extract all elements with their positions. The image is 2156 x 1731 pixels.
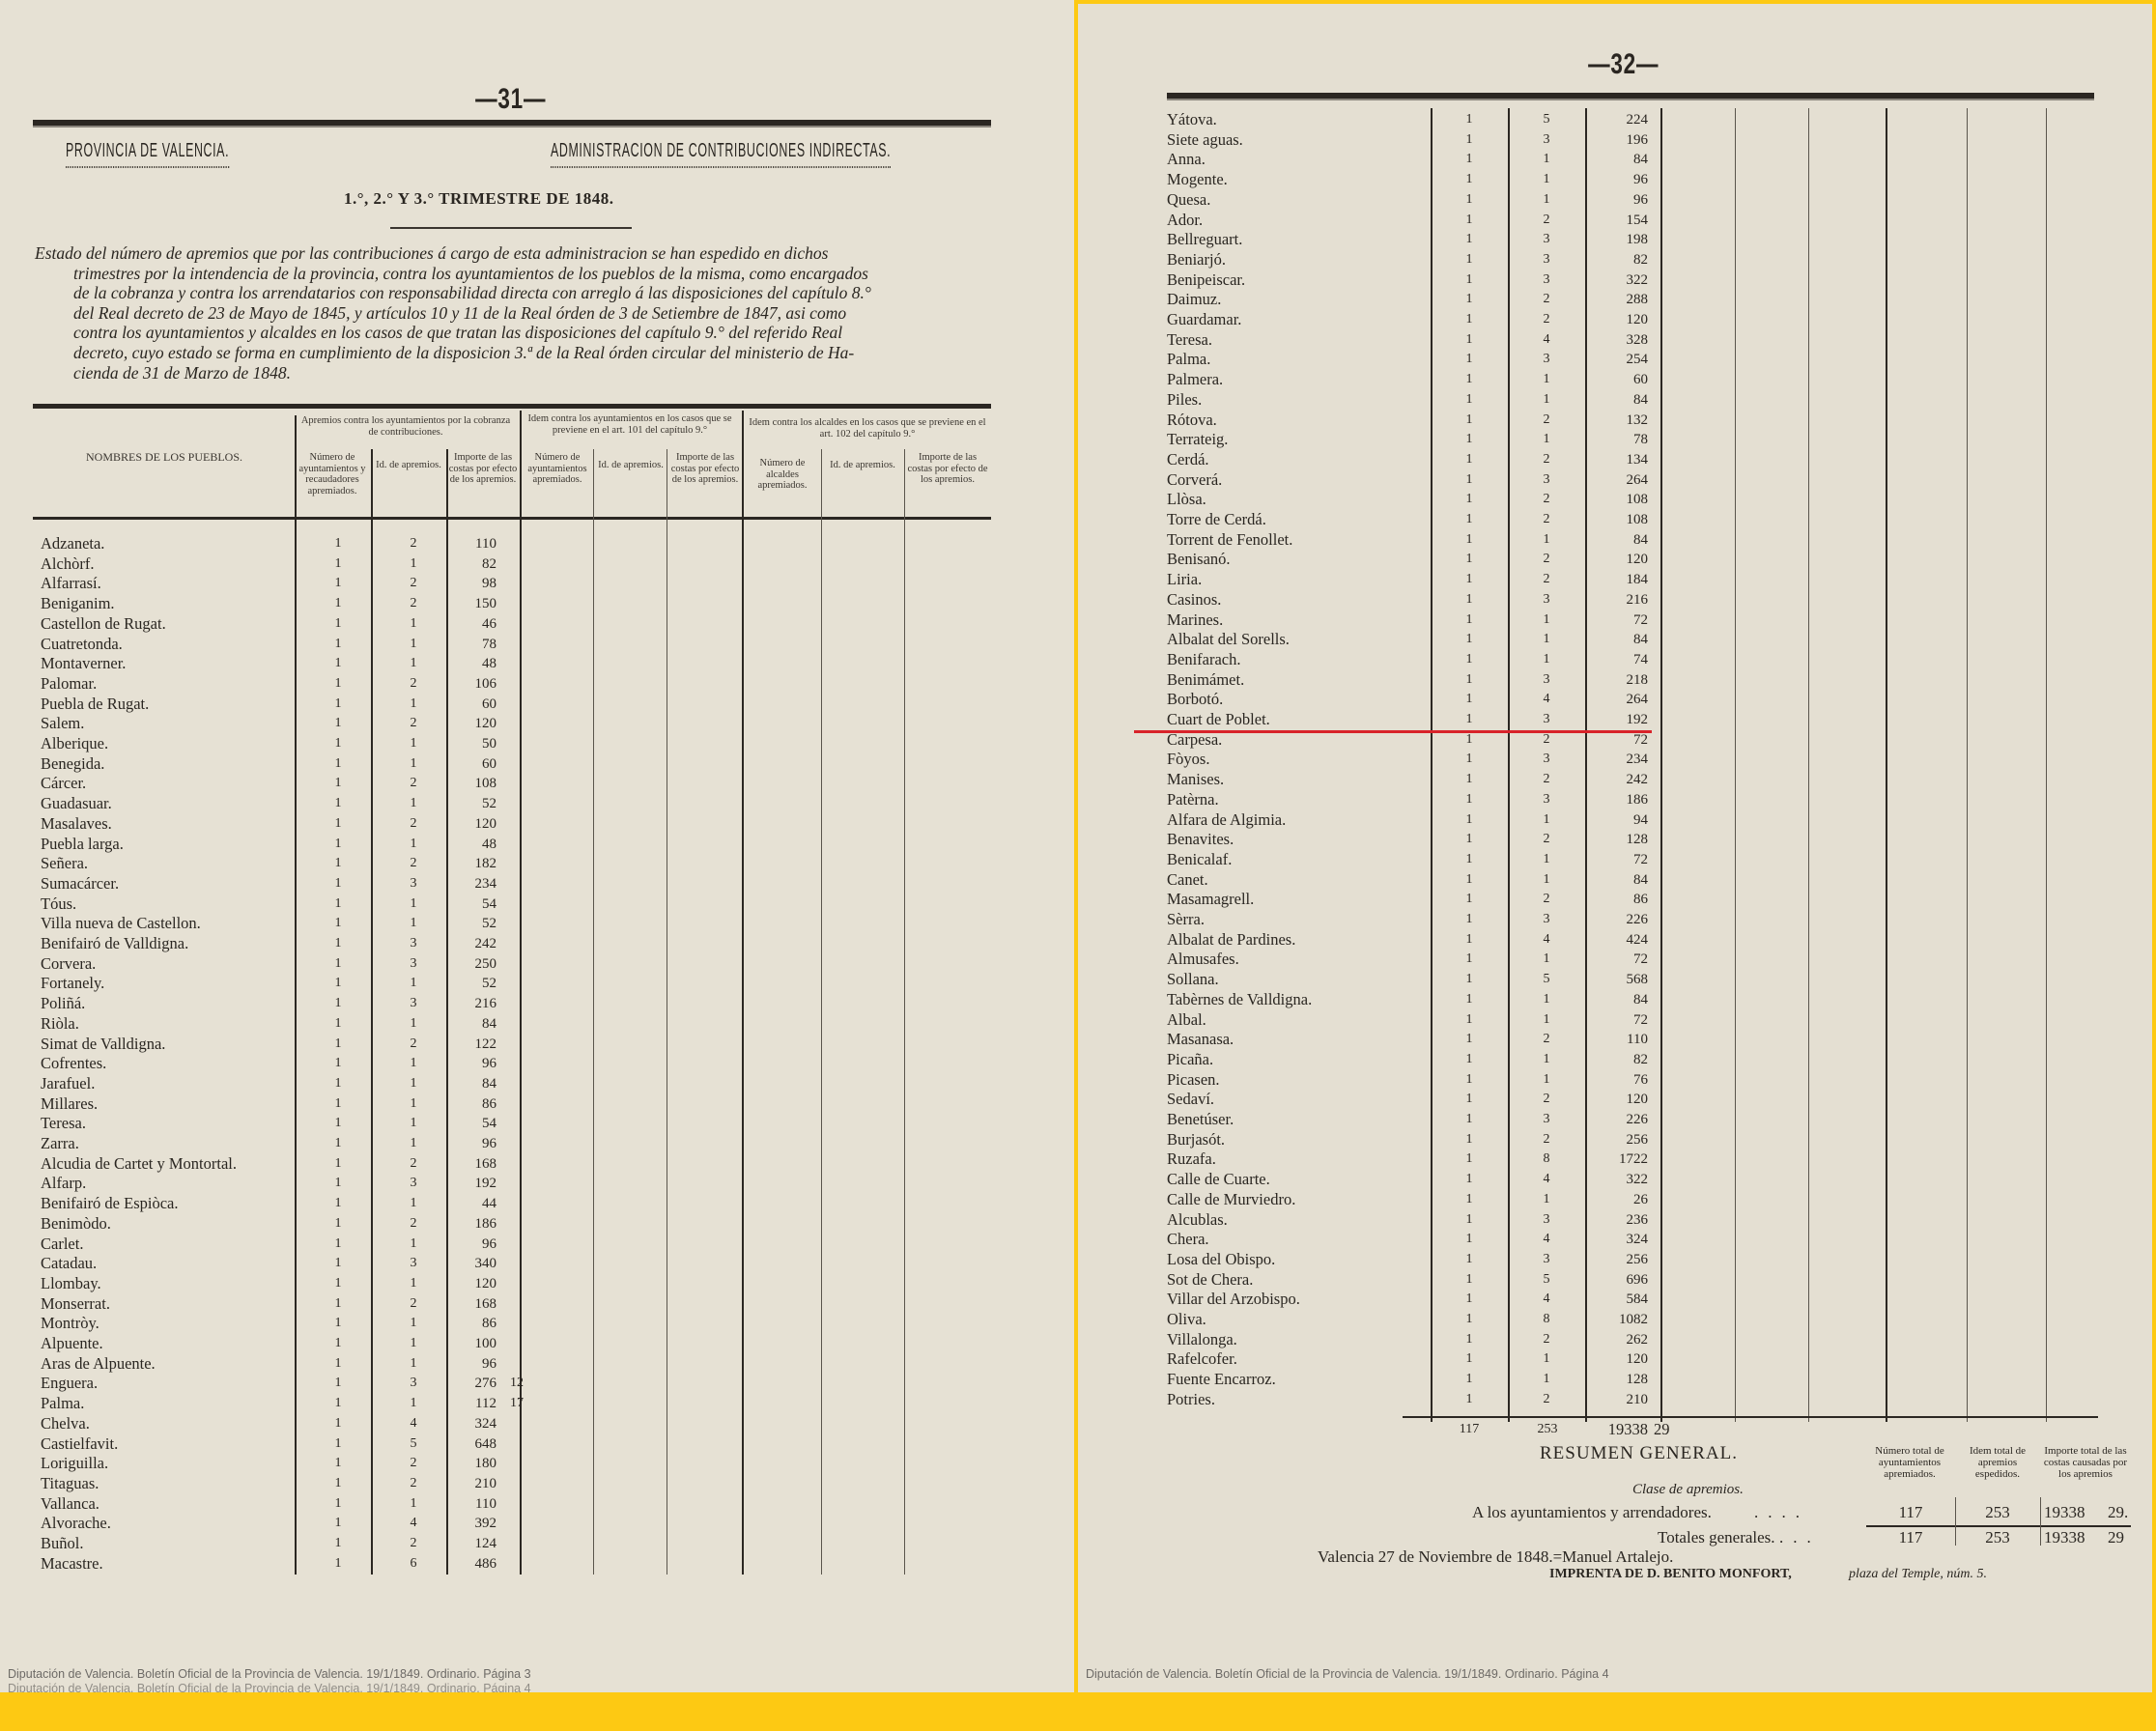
town-name: Ruzafa.: [1167, 1149, 1216, 1170]
apremios-count: 3: [1527, 250, 1566, 270]
costas-amount: 76: [1592, 1070, 1648, 1091]
costas-amount: 108: [450, 774, 496, 794]
costas-amount: 108: [1592, 490, 1648, 510]
costas-amount: 322: [1592, 270, 1648, 291]
summary-col-header: Importe total de las costas causadas por…: [2042, 1445, 2129, 1480]
costas-amount: 86: [450, 1094, 496, 1115]
ayuntamientos-count: 1: [1450, 330, 1489, 351]
table-row: Benicalaf.1172: [1078, 850, 2141, 870]
summary-totals-label: Totales generales.: [1658, 1528, 1775, 1547]
town-name: Sèrra.: [1167, 910, 1205, 930]
apremios-count: 1: [1527, 390, 1566, 411]
costas-amount: 74: [1592, 650, 1648, 670]
town-name: Manises.: [1167, 770, 1224, 790]
table-row: Beniarjó.1382: [1078, 250, 2141, 270]
ayuntamientos-count: 1: [1450, 650, 1489, 670]
apremios-count: 1: [1527, 610, 1566, 631]
town-name: Carlet.: [41, 1234, 83, 1255]
table-row: Chelva.14324: [0, 1414, 1063, 1434]
table-row: Masamagrell.1286: [1078, 890, 2141, 910]
printer-name: IMPRENTA DE D. BENITO MONFORT,: [1549, 1567, 1792, 1582]
ayuntamientos-count: 1: [1450, 690, 1489, 710]
table-row: Millares.1186: [0, 1094, 1063, 1115]
apremios-count: 1: [1527, 870, 1566, 891]
apremios-count: 1: [394, 974, 433, 994]
town-name: Sollana.: [1167, 970, 1219, 990]
costas-amount: 46: [450, 614, 496, 635]
town-name: Alcudia de Cartet y Montortal.: [41, 1154, 237, 1175]
table-row: Aras de Alpuente.1196: [0, 1354, 1063, 1375]
ayuntamientos-count: 1: [319, 714, 357, 734]
apremios-count: 4: [1527, 330, 1566, 351]
costas-amount: 82: [450, 554, 496, 575]
costas-amount: 108: [1592, 510, 1648, 530]
ayuntamientos-count: 1: [1450, 870, 1489, 891]
ayuntamientos-count: 1: [1450, 1070, 1489, 1091]
costas-amount: 186: [450, 1214, 496, 1234]
costas-amount: 250: [450, 954, 496, 975]
apremios-count: 1: [394, 635, 433, 655]
table-row: Castellon de Rugat.1146: [0, 614, 1063, 635]
summary-row-importe: 19338: [2044, 1503, 2085, 1522]
apremios-count: 3: [1527, 790, 1566, 810]
apremios-count: 1: [1527, 530, 1566, 551]
table-row: Chera.14324: [1078, 1230, 2141, 1250]
ayuntamientos-count: 1: [1450, 1270, 1489, 1291]
table-row: Ador.12154: [1078, 211, 2141, 231]
ayuntamientos-count: 1: [319, 654, 357, 674]
table-row: Palma.1111217: [0, 1394, 1063, 1414]
town-name: Siete aguas.: [1167, 130, 1243, 151]
apremios-count: 2: [1527, 1330, 1566, 1350]
apremios-count: 6: [394, 1554, 433, 1575]
ayuntamientos-count: 1: [1450, 970, 1489, 990]
costas-amount: 180: [450, 1454, 496, 1474]
town-name: Titaguas.: [41, 1474, 99, 1494]
table-row: Rótova.12132: [1078, 411, 2141, 431]
ayuntamientos-count: 1: [319, 574, 357, 594]
ayuntamientos-count: 1: [1450, 830, 1489, 850]
costas-amount: 120: [450, 1274, 496, 1294]
costas-amount: 264: [1592, 470, 1648, 491]
apremios-count: 3: [394, 994, 433, 1014]
ayuntamientos-count: 1: [1450, 1090, 1489, 1110]
intro-line: del Real decreto de 23 de Mayo de 1845, …: [35, 303, 991, 324]
table-row: Sumacárcer.13234: [0, 874, 1063, 894]
trimester-title: 1.°, 2.° Y 3.° TRIMESTRE DE 1848.: [344, 189, 614, 209]
apremios-count: 1: [394, 914, 433, 934]
ayuntamientos-count: 1: [1450, 190, 1489, 211]
costas-amount: 186: [1592, 790, 1648, 810]
apremios-count: 1: [394, 734, 433, 754]
ayuntamientos-count: 1: [1450, 130, 1489, 151]
table-row: Llòsa.12108: [1078, 490, 2141, 510]
intro-line: decreto, cuyo estado se forma en cumplim…: [35, 343, 991, 363]
apremios-count: 2: [394, 534, 433, 554]
town-name: Fuente Encarroz.: [1167, 1370, 1276, 1390]
ayuntamientos-count: 1: [1450, 1210, 1489, 1231]
ayuntamientos-count: 1: [1450, 211, 1489, 231]
col-header: Número de ayuntamientos y recaudadores a…: [296, 452, 369, 497]
apremios-count: 1: [394, 1014, 433, 1035]
costas-amount: 100: [450, 1334, 496, 1354]
intro-line: de la cobranza y contra los arrendatario…: [35, 283, 991, 303]
town-name: Señera.: [41, 854, 88, 874]
ayuntamientos-count: 1: [1450, 390, 1489, 411]
town-name: Puebla de Rugat.: [41, 695, 149, 715]
total-ayuntamientos: 117: [1450, 1420, 1489, 1440]
apremios-count: 2: [1527, 450, 1566, 470]
ayuntamientos-count: 1: [1450, 1110, 1489, 1130]
table-row: Sot de Chera.15696: [1078, 1270, 2141, 1291]
costas-amount: 242: [450, 934, 496, 954]
ayuntamientos-count: 1: [1450, 230, 1489, 250]
summary-col-divider: [1955, 1497, 1956, 1546]
apremios-count: 1: [1527, 990, 1566, 1010]
apremios-count: 3: [394, 1174, 433, 1194]
town-name: Burjasót.: [1167, 1130, 1225, 1150]
ayuntamientos-count: 1: [319, 894, 357, 915]
ayuntamientos-count: 1: [1450, 630, 1489, 650]
table-row: Albalat de Pardines.14424: [1078, 930, 2141, 951]
town-name: Macastre.: [41, 1554, 103, 1575]
apremios-count: 8: [1527, 1149, 1566, 1170]
town-name: Benimámet.: [1167, 670, 1244, 691]
annotation-red-line: [1134, 730, 1652, 733]
ayuntamientos-count: 1: [319, 1554, 357, 1575]
costas-amount: 1722: [1592, 1149, 1648, 1170]
ayuntamientos-count: 1: [319, 754, 357, 775]
apremios-count: 3: [1527, 710, 1566, 730]
apremios-count: 8: [1527, 1310, 1566, 1330]
summary-row-ayuntamientos: 117: [1882, 1503, 1940, 1522]
ayuntamientos-count: 1: [1450, 270, 1489, 291]
costas-amount: 226: [1592, 910, 1648, 930]
apremios-count: 2: [394, 1454, 433, 1474]
ayuntamientos-count: 1: [1450, 1330, 1489, 1350]
table-row: Losa del Obispo.13256: [1078, 1250, 2141, 1270]
col-header: Id. de apremios.: [823, 460, 902, 471]
costas-amount: 86: [1592, 890, 1648, 910]
table-row: Terrateig.1178: [1078, 430, 2141, 450]
apremios-count: 1: [394, 1354, 433, 1375]
ayuntamientos-count: 1: [319, 1374, 357, 1394]
costas-amount: 124: [450, 1534, 496, 1554]
costas-amount: 48: [450, 835, 496, 855]
ayuntamientos-count: 1: [1450, 590, 1489, 610]
town-name: Palomar.: [41, 674, 97, 695]
table-row: Alcublas.13236: [1078, 1210, 2141, 1231]
apremios-count: 1: [1527, 650, 1566, 670]
ayuntamientos-count: 1: [319, 1014, 357, 1035]
apremios-count: 1: [394, 614, 433, 635]
town-name: Palma.: [41, 1394, 84, 1414]
ayuntamientos-count: 1: [1450, 430, 1489, 450]
ayuntamientos-count: 1: [1450, 1149, 1489, 1170]
town-name: Benifairó de Espiòca.: [41, 1194, 179, 1214]
apremios-count: 1: [394, 794, 433, 814]
town-name: Sumacárcer.: [41, 874, 119, 894]
ayuntamientos-count: 1: [1450, 530, 1489, 551]
intro-line: contra los ayuntamientos y alcaldes en l…: [35, 323, 991, 343]
costas-amount: 96: [450, 1134, 496, 1154]
costas-amount: 424: [1592, 930, 1648, 951]
table-row: Cofrentes.1196: [0, 1054, 1063, 1074]
apremios-count: 2: [394, 1035, 433, 1055]
table-row: Mogente.1196: [1078, 170, 2141, 190]
ayuntamientos-count: 1: [1450, 1030, 1489, 1050]
table-row: Macastre.16486: [0, 1554, 1063, 1575]
table-row: Sedaví.12120: [1078, 1090, 2141, 1110]
town-name: Puebla larga.: [41, 835, 124, 855]
ayuntamientos-count: 1: [1450, 1050, 1489, 1070]
town-name: Tabèrnes de Valldigna.: [1167, 990, 1312, 1010]
apremios-count: 3: [1527, 590, 1566, 610]
apremios-count: 4: [1527, 930, 1566, 951]
costas-amount: 110: [450, 534, 496, 554]
town-name: Alfara de Algimia.: [1167, 810, 1286, 831]
costas-amount: 168: [450, 1294, 496, 1315]
summary-col-divider: [2040, 1497, 2041, 1546]
totals-row: 117 253 19338 29: [1078, 1420, 2141, 1440]
ayuntamientos-count: 1: [319, 1134, 357, 1154]
town-name: Benifairó de Valldigna.: [41, 934, 188, 954]
costas-amount: 84: [1592, 390, 1648, 411]
town-name: Cárcer.: [41, 774, 86, 794]
apremios-count: 1: [394, 1134, 433, 1154]
ayuntamientos-count: 1: [319, 594, 357, 614]
printer-address: plaza del Temple, núm. 5.: [1849, 1567, 1987, 1582]
apremios-count: 1: [394, 1114, 433, 1134]
apremios-count: 3: [394, 954, 433, 975]
table-row: Fòyos.13234: [1078, 750, 2141, 770]
costas-amount: 150: [450, 594, 496, 614]
ayuntamientos-count: 1: [319, 1274, 357, 1294]
summary-total-apremios: 253: [1969, 1528, 2027, 1547]
ayuntamientos-count: 1: [319, 1154, 357, 1175]
town-name: Corvera.: [41, 954, 96, 975]
ayuntamientos-count: 1: [319, 1054, 357, 1074]
town-name: Losa del Obispo.: [1167, 1250, 1275, 1270]
costas-amount: 84: [1592, 530, 1648, 551]
costas-amount: 486: [450, 1554, 496, 1575]
table-row: Llombay.11120: [0, 1274, 1063, 1294]
town-name: Guadasuar.: [41, 794, 112, 814]
apremios-count: 2: [394, 1294, 433, 1315]
ayuntamientos-count: 1: [1450, 950, 1489, 970]
table-row: Ruzafa.181722: [1078, 1149, 2141, 1170]
ayuntamientos-count: 1: [1450, 370, 1489, 390]
town-name: Picaña.: [1167, 1050, 1213, 1070]
intro-line: trimestres por la intendencia de la prov…: [35, 264, 991, 284]
town-name: Calle de Cuarte.: [1167, 1170, 1270, 1190]
table-row: Rafelcofer.11120: [1078, 1349, 2141, 1370]
apremios-count: 3: [394, 1254, 433, 1274]
apremios-count: 1: [394, 754, 433, 775]
table-header-rule: [33, 517, 991, 520]
town-name: Sot de Chera.: [1167, 1270, 1253, 1291]
apremios-count: 1: [1527, 1070, 1566, 1091]
apremios-count: 2: [1527, 290, 1566, 310]
table-row: Almusafes.1172: [1078, 950, 2141, 970]
table-row: Siete aguas.13196: [1078, 130, 2141, 151]
costas-amount: 210: [450, 1474, 496, 1494]
costas-amount: 78: [1592, 430, 1648, 450]
costas-amount: 26: [1592, 1190, 1648, 1210]
apremios-count: 2: [1527, 550, 1566, 570]
ayuntamientos-count: 1: [319, 1074, 357, 1094]
costas-cents: 17: [502, 1394, 531, 1414]
table-row: Castielfavit.15648: [0, 1434, 1063, 1455]
table-row: Teresa.1154: [0, 1114, 1063, 1134]
ayuntamientos-count: 1: [1450, 290, 1489, 310]
table-row: Palma.13254: [1078, 350, 2141, 370]
town-name: Benegida.: [41, 754, 104, 775]
apremios-count: 1: [394, 1094, 433, 1115]
costas-amount: 54: [450, 894, 496, 915]
costas-amount: 584: [1592, 1290, 1648, 1310]
town-name: Beniarjó.: [1167, 250, 1226, 270]
costas-amount: 84: [450, 1074, 496, 1094]
costas-amount: 110: [1592, 1030, 1648, 1050]
town-name: Guardamar.: [1167, 310, 1241, 330]
costas-amount: 192: [450, 1174, 496, 1194]
town-name: Torrent de Fenollet.: [1167, 530, 1292, 551]
costas-amount: 52: [450, 794, 496, 814]
apremios-count: 2: [1527, 890, 1566, 910]
costas-amount: 96: [1592, 170, 1648, 190]
ayuntamientos-count: 1: [319, 1514, 357, 1534]
apremios-count: 1: [394, 835, 433, 855]
ayuntamientos-count: 1: [319, 1534, 357, 1554]
apremios-count: 2: [1527, 1390, 1566, 1410]
ayuntamientos-count: 1: [1450, 850, 1489, 870]
town-name: Torre de Cerdá.: [1167, 510, 1266, 530]
costas-amount: 84: [450, 1014, 496, 1035]
town-name: Albalat de Pardines.: [1167, 930, 1295, 951]
costas-amount: 96: [450, 1054, 496, 1074]
ayuntamientos-count: 1: [1450, 930, 1489, 951]
table-row: Alfarrasí.1298: [0, 574, 1063, 594]
town-name: Alvorache.: [41, 1514, 111, 1534]
summary-class-label: Clase de apremios.: [1632, 1482, 1744, 1498]
table-row: Poliñá.13216: [0, 994, 1063, 1014]
table-row: Riòla.1184: [0, 1014, 1063, 1035]
col-header: Número de ayuntamientos apremiados.: [522, 452, 593, 486]
apremios-count: 2: [1527, 830, 1566, 850]
ayuntamientos-count: 1: [319, 674, 357, 695]
costas-amount: 256: [1592, 1250, 1648, 1270]
summary-row-label: A los ayuntamientos y arrendadores.: [1472, 1503, 1712, 1522]
table-row: Borbotó.14264: [1078, 690, 2141, 710]
costas-amount: 122: [450, 1035, 496, 1055]
ayuntamientos-count: 1: [319, 1294, 357, 1315]
town-name: Piles.: [1167, 390, 1202, 411]
table-row: Adzaneta.12110: [0, 534, 1063, 554]
costas-amount: 210: [1592, 1390, 1648, 1410]
apremios-count: 1: [1527, 810, 1566, 831]
apremios-count: 1: [394, 695, 433, 715]
ayuntamientos-count: 1: [1450, 750, 1489, 770]
ayuntamientos-count: 1: [1450, 670, 1489, 691]
table-row: Patèrna.13186: [1078, 790, 2141, 810]
town-name: Vallanca.: [41, 1494, 99, 1515]
costas-amount: 72: [1592, 950, 1648, 970]
apremios-count: 5: [1527, 970, 1566, 990]
costas-amount: 84: [1592, 990, 1648, 1010]
ayuntamientos-count: 1: [1450, 1250, 1489, 1270]
town-name: Monserrat.: [41, 1294, 110, 1315]
town-name: Quesa.: [1167, 190, 1210, 211]
apremios-count: 3: [1527, 910, 1566, 930]
table-row: Calle de Cuarte.14322: [1078, 1170, 2141, 1190]
ayuntamientos-count: 1: [1450, 490, 1489, 510]
ayuntamientos-count: 1: [319, 1094, 357, 1115]
ayuntamientos-count: 1: [319, 1474, 357, 1494]
table-row: Palmera.1160: [1078, 370, 2141, 390]
col-group-ayuntamientos: Apremios contra los ayuntamientos por la…: [296, 415, 516, 438]
costas-amount: 106: [450, 674, 496, 695]
costas-amount: 94: [1592, 810, 1648, 831]
apremios-count: 3: [1527, 670, 1566, 691]
town-name: Tóus.: [41, 894, 76, 915]
leader-dots: ....: [1754, 1503, 1809, 1522]
town-name: Masanasa.: [1167, 1030, 1234, 1050]
table-row: Vallanca.11110: [0, 1494, 1063, 1515]
ayuntamientos-count: 1: [1450, 1190, 1489, 1210]
table-row: Alvorache.14392: [0, 1514, 1063, 1534]
costas-amount: 322: [1592, 1170, 1648, 1190]
apremios-count: 1: [394, 1074, 433, 1094]
town-name: Benicalaf.: [1167, 850, 1232, 870]
town-name: Castellon de Rugat.: [41, 614, 166, 635]
apremios-count: 1: [394, 1274, 433, 1294]
table-row: Villalonga.12262: [1078, 1330, 2141, 1350]
apremios-count: 2: [1527, 411, 1566, 431]
costas-amount: 256: [1592, 1130, 1648, 1150]
costas-amount: 84: [1592, 870, 1648, 891]
total-apremios: 253: [1524, 1420, 1571, 1440]
town-name: Bellreguart.: [1167, 230, 1242, 250]
costas-amount: 234: [450, 874, 496, 894]
costas-amount: 196: [1592, 130, 1648, 151]
apremios-count: 2: [1527, 310, 1566, 330]
costas-amount: 224: [1592, 110, 1648, 130]
source-caption-ghost: Diputación de Valencia. Boletín Oficial …: [8, 1682, 531, 1692]
ayuntamientos-count: 1: [1450, 1349, 1489, 1370]
ayuntamientos-count: 1: [319, 794, 357, 814]
apremios-count: 5: [1527, 1270, 1566, 1291]
table-row: Burjasót.12256: [1078, 1130, 2141, 1150]
apremios-count: 1: [1527, 850, 1566, 870]
apremios-count: 4: [1527, 690, 1566, 710]
table-row: Sollana.15568: [1078, 970, 2141, 990]
table-row: Cuatretonda.1178: [0, 635, 1063, 655]
ayuntamientos-count: 1: [319, 1394, 357, 1414]
intro-line: Estado del número de apremios que por la…: [35, 243, 991, 264]
ayuntamientos-count: 1: [1450, 1290, 1489, 1310]
ayuntamientos-count: 1: [319, 734, 357, 754]
costas-amount: 78: [450, 635, 496, 655]
apremios-count: 2: [1527, 510, 1566, 530]
costas-amount: 120: [1592, 550, 1648, 570]
province-heading: PROVINCIA DE VALENCIA.: [66, 140, 229, 168]
ayuntamientos-count: 1: [319, 954, 357, 975]
table-top-rule: [33, 404, 991, 409]
town-name: Oliva.: [1167, 1310, 1206, 1330]
costas-amount: 168: [450, 1154, 496, 1175]
ayuntamientos-count: 1: [1450, 150, 1489, 170]
